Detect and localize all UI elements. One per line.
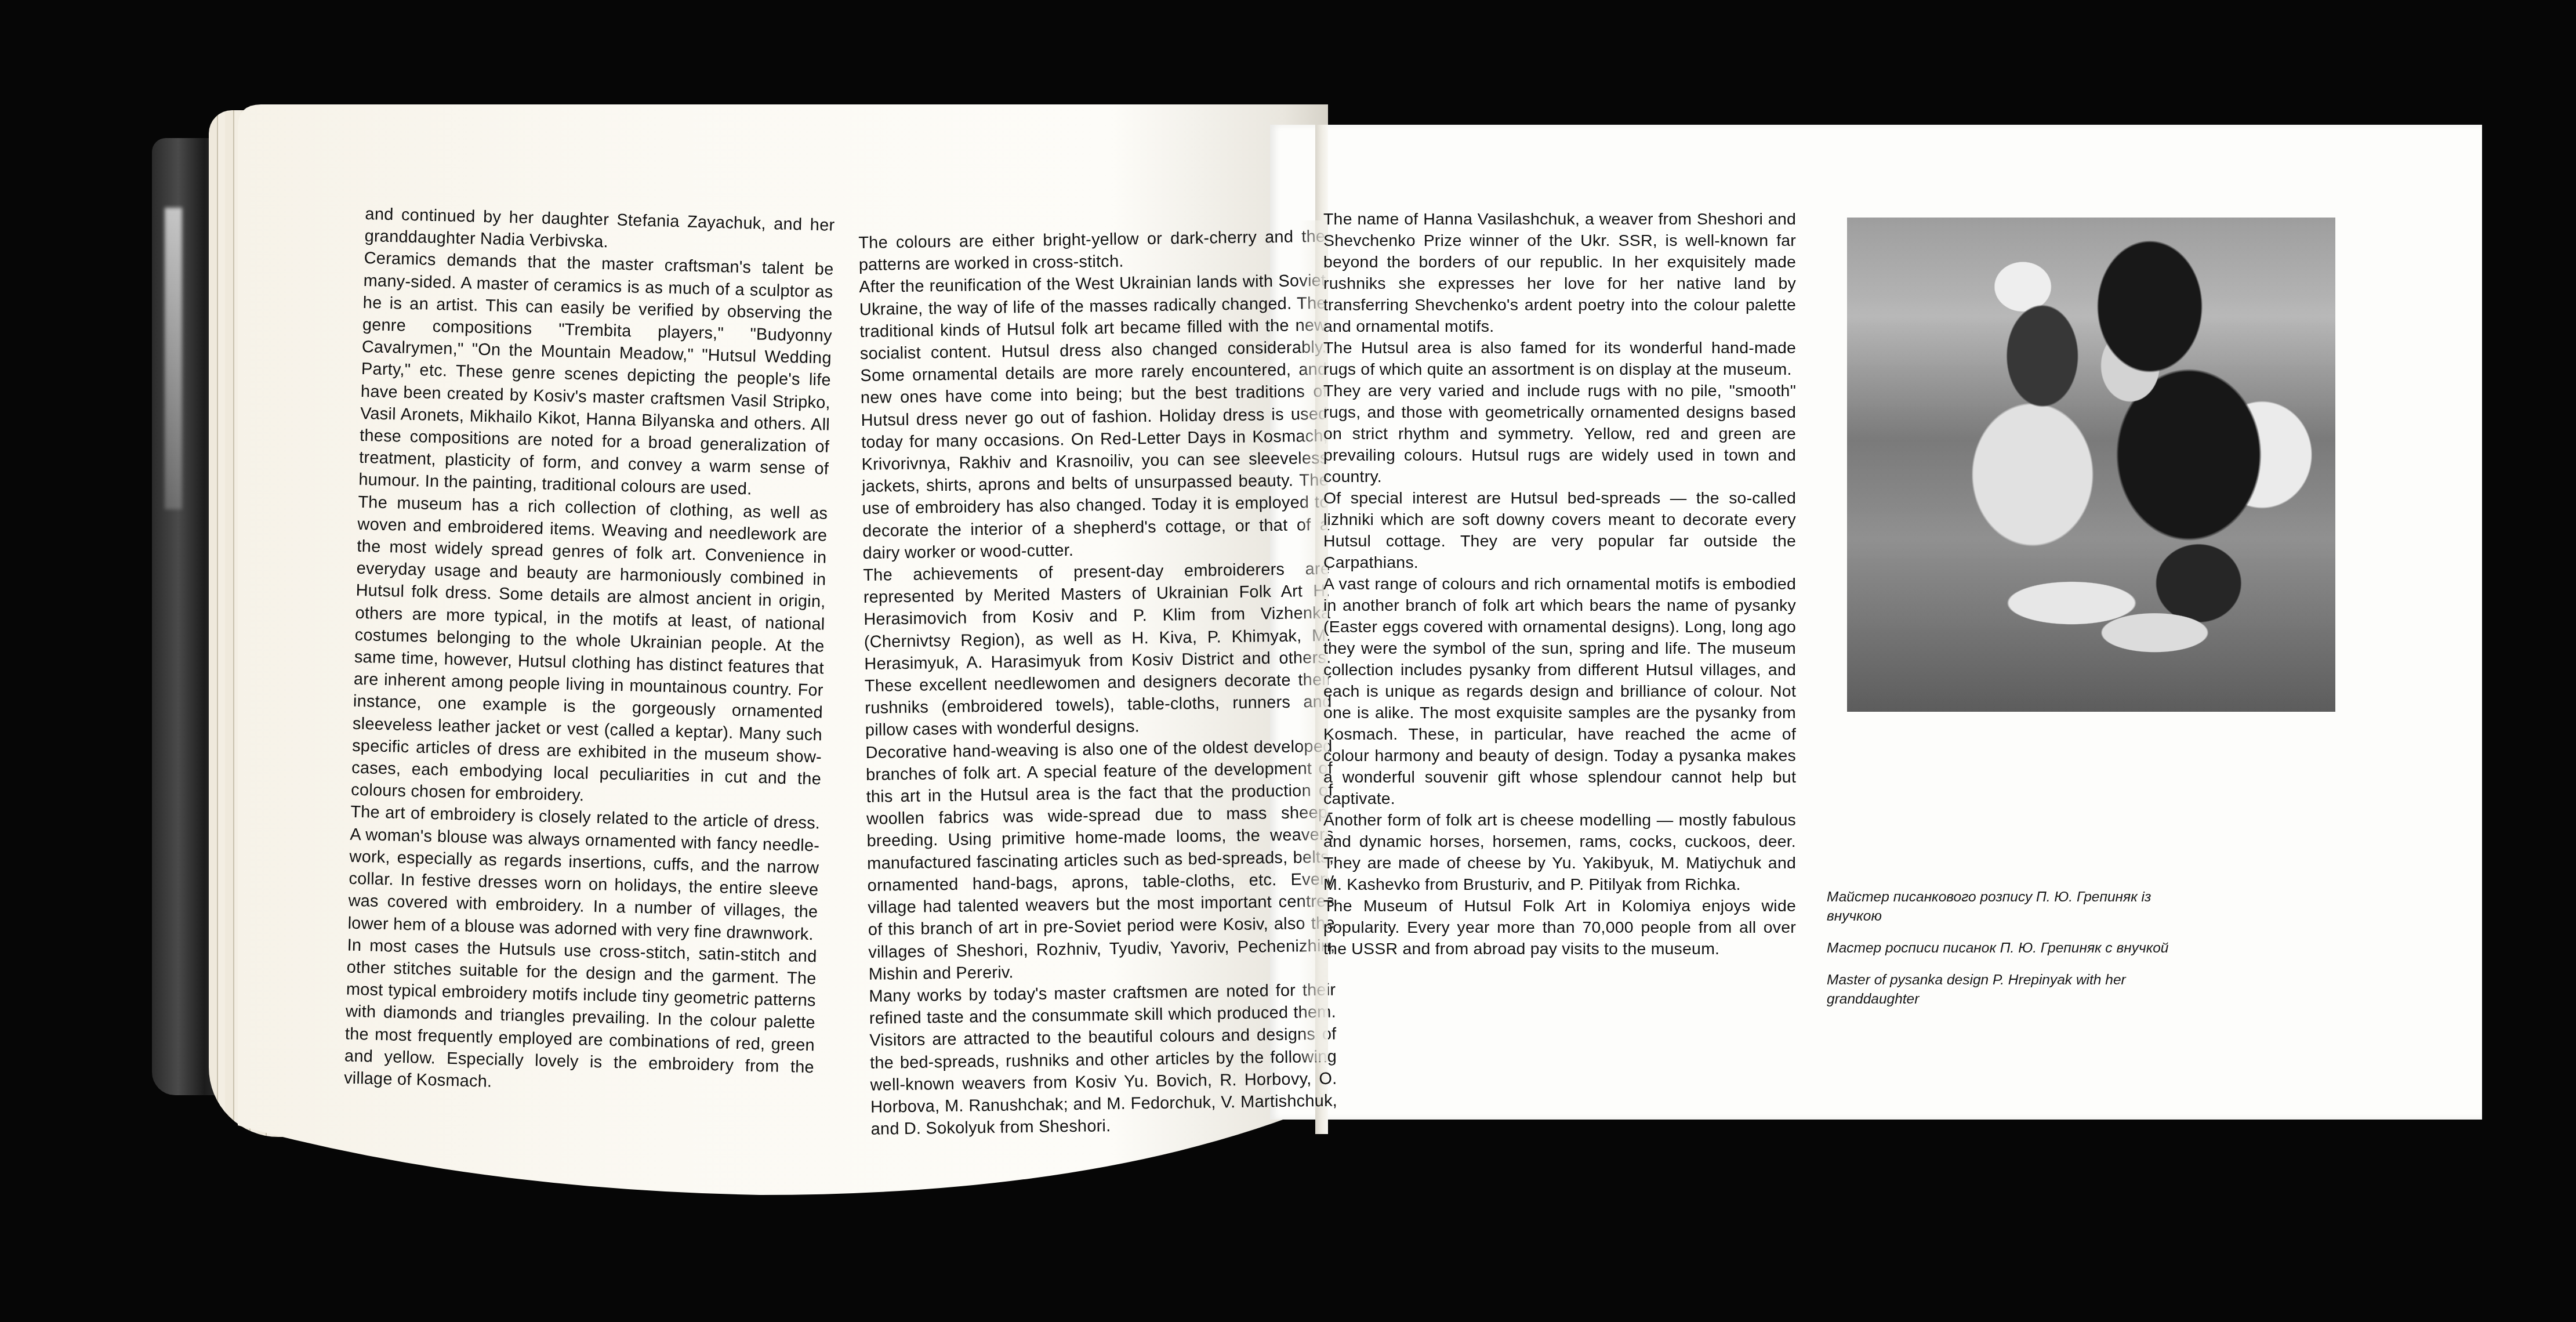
- right-page-column: The name of Hanna Vasilashchuk, a weaver…: [1323, 209, 1796, 960]
- left-page-column-2: The colours are either bright-yellow or …: [858, 226, 1338, 1140]
- paragraph: After the reunification of the West Ukra…: [859, 270, 1330, 564]
- paragraph: Many works by today's master craftsmen a…: [869, 979, 1338, 1141]
- paragraph: Decorative hand-weaving is also one of t…: [865, 735, 1336, 985]
- paragraph: Of special interest are Hutsul bed-sprea…: [1323, 488, 1796, 574]
- paragraph: The name of Hanna Vasilashchuk, a weaver…: [1323, 209, 1796, 338]
- paragraph: The colours are either bright-yellow or …: [858, 226, 1326, 277]
- paragraph: Another form of folk art is cheese model…: [1323, 810, 1796, 896]
- paragraph: The achievements of present-day embroide…: [863, 558, 1332, 742]
- paragraph: A vast range of colours and rich ornamen…: [1323, 574, 1796, 810]
- paragraph: Ceramics demands that the master craftsm…: [358, 247, 834, 502]
- caption-english: Master of pysanka design P. Hrepinyak wi…: [1827, 970, 2198, 1009]
- paragraph: They are very varied and include rugs wi…: [1323, 381, 1796, 488]
- photo-grandmother-and-granddaughter: [1847, 218, 2335, 712]
- photo-caption: Майстер писанкового розпису П. Ю. Грепин…: [1827, 888, 2198, 1022]
- book-scene: and continued by her daughter Stefania Z…: [0, 0, 2576, 1322]
- paragraph: The art of embroidery is closely related…: [347, 801, 820, 946]
- caption-ukrainian: Майстер писанкового розпису П. Ю. Грепин…: [1827, 888, 2198, 926]
- left-page-column-1: and continued by her daughter Stefania Z…: [344, 203, 835, 1100]
- paragraph: The museum has a rich collection of clot…: [351, 491, 828, 812]
- paragraph: The Hutsul area is also famed for its wo…: [1323, 338, 1796, 381]
- paragraph: In most cases the Hutsuls use cross-stit…: [344, 934, 817, 1100]
- cover-glare: [165, 208, 182, 509]
- caption-russian: Мастер росписи писанок П. Ю. Грепиняк с …: [1827, 939, 2198, 958]
- paragraph: The Museum of Hutsul Folk Art in Kolomiy…: [1323, 896, 1796, 960]
